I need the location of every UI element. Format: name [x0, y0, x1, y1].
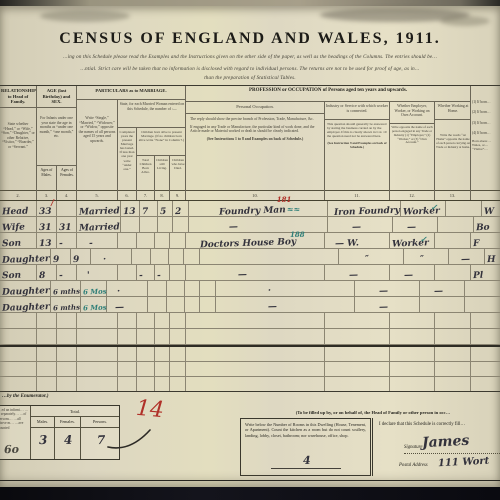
children-died-label: Children who have Died.	[170, 156, 186, 172]
children-died-cell: Children who have Died.	[170, 156, 186, 191]
children-total-cell: Total Children Born Alive.	[137, 156, 155, 191]
declaration-heading: (To be filled up by, or on behalf of, th…	[246, 410, 500, 415]
birthplace-line-4: Born elsew… Wales, or… “Visitor”…	[471, 135, 500, 151]
col-profession-title: PROFESSION or OCCUPATION of Persons aged…	[186, 86, 470, 102]
colnum: 5.	[77, 191, 118, 200]
birthplace-line-1: (2) If born…	[471, 104, 500, 114]
ink-bleed-smudge	[40, 10, 130, 22]
pen-check-stroke	[106, 427, 154, 451]
postal-address-value: 111 Wort	[436, 455, 490, 472]
table-row: Head 33/ Married 13 7 5 2 Foundry Man 18…	[0, 201, 500, 217]
instruction-line-2: …ntial. Strict care will be taken that n…	[0, 67, 500, 72]
table-row: Son 13 - - Doctors House Boy 188 — W. Wo…	[0, 233, 500, 249]
pencil-scrawl: 6o	[2, 443, 19, 458]
cell-age-male: 6 mths	[51, 303, 80, 312]
marriage-years-note: Completed years the present Marriage has…	[118, 128, 136, 173]
marriage-status-note-cell: Write “Single,” “Married,” “Widower,” or…	[77, 100, 118, 191]
colnum: 12.	[390, 191, 435, 200]
red-annotation-total: 14	[135, 396, 165, 423]
col-relationship-header: RELATIONSHIP to Head of Family. State wh…	[0, 86, 37, 191]
industry-note: This question should generally be answer…	[325, 120, 389, 140]
working-at-home-cell: Whether Working at Home. Write the words…	[435, 102, 471, 191]
col-age-title: AGE (last Birthday) and SEX.	[37, 86, 76, 108]
age-subcolumns: Ages of Males. Ages of Females.	[37, 165, 76, 191]
females-total: 4	[62, 428, 73, 452]
declaration-text: I declare that this Schedule is correctl…	[379, 422, 500, 427]
persons-total: 7	[94, 428, 105, 452]
birthplace-line-0: (1) If born…	[471, 86, 500, 104]
cell-age-male: 6 mths	[51, 287, 80, 296]
industry-cell: Industry or Service with which worker is…	[325, 102, 390, 191]
married-woman-note-cell: State, for each Married Woman entered on…	[118, 100, 186, 128]
colnum: 2.	[0, 191, 37, 200]
personal-occupation-label: Personal Occupation.	[186, 102, 324, 114]
instruction-line-3: than the preparation of Statistical Tabl…	[0, 76, 500, 81]
marriage-status-note: Write “Single,” “Married,” “Widower,” or…	[77, 100, 117, 145]
col-relationship-title: RELATIONSHIP to Head of Family.	[0, 86, 36, 108]
enumerator-code-red: 181	[277, 195, 292, 204]
cell-age-female: 6 Mos	[81, 288, 107, 297]
table-row: Son 8 - ' - - — — — Pl	[0, 265, 500, 281]
declaration-divider	[372, 418, 373, 476]
table-row-empty	[0, 377, 500, 392]
ink-scribble: ≈≈	[287, 204, 300, 214]
colnum: 7.	[137, 191, 155, 200]
col-marriage-header: PARTICULARS as to MARRIAGE. Write “Singl…	[77, 86, 186, 191]
instruction-line-1: …ing on this Schedule please read the Ex…	[0, 55, 500, 60]
col-age-females-label: Ages of Females.	[57, 166, 77, 191]
table-row-empty	[0, 362, 500, 377]
working-at-home-note: Write the words “At Home” opposite the n…	[435, 120, 471, 151]
personal-occupation-note1: The reply should show the precise branch…	[186, 114, 324, 125]
employment-label: Whether Employer, Worker, or Working on …	[390, 102, 434, 124]
col-age-note: For Infants under one year state the age…	[37, 108, 76, 141]
children-note: Children born alive to present Marriage.…	[137, 128, 186, 144]
colnum: 4.	[57, 191, 77, 200]
personal-occupation-note2: If engaged in any Trade or Manufacture, …	[186, 125, 324, 134]
cell-age-female: 6 Mos	[81, 304, 107, 313]
married-woman-note: State, for each Married Woman entered on…	[118, 100, 186, 113]
colnum: 6.	[118, 191, 137, 200]
table-row: Daughter 9 9 · ″ ″ — H	[0, 249, 500, 265]
table-row: Daughter 6 mths 6 Mos · · — — Sl	[0, 281, 500, 297]
col-marriage-title: PARTICULARS as to MARRIAGE.	[77, 86, 185, 100]
colnum: 10.	[186, 191, 325, 200]
table-row: Wife 31 31 Married — — — Bo	[0, 217, 500, 233]
marriage-years-cell: Completed years the present Marriage has…	[118, 128, 137, 191]
ink-bleed-smudge	[440, 16, 490, 26]
industry-note2: (See Instruction 9 and Examples on back …	[325, 140, 389, 152]
check-mark: ✓	[420, 234, 427, 244]
census-table: RELATIONSHIP to Head of Family. State wh…	[0, 85, 500, 391]
table-row-empty	[0, 313, 500, 329]
children-total-label: Total Children Born Alive.	[137, 156, 154, 176]
birthplace-line-2: (3) If born…	[471, 115, 500, 125]
children-note-cell: Children born alive to present Marriage.…	[137, 128, 186, 156]
table-row-empty	[0, 329, 500, 345]
census-schedule-paper: CENSUS OF ENGLAND AND WALES, 1911. …ing …	[0, 6, 500, 487]
persons-label: Persons.	[81, 417, 119, 427]
page-title: CENSUS OF ENGLAND AND WALES, 1911.	[0, 30, 500, 48]
enumerator-heading: …by the Enumerator.)	[2, 394, 49, 399]
postal-address-label: Postal Address	[399, 463, 428, 468]
col-birthplace-header: (1) If born… (2) If born… (3) If born… (…	[471, 86, 500, 191]
table-row-empty	[0, 347, 500, 362]
census-photo: CENSUS OF ENGLAND AND WALES, 1911. …ing …	[0, 0, 500, 500]
colnum: 11.	[325, 191, 390, 200]
enumerator-code-teal: 188	[290, 230, 305, 239]
signature-value: James	[420, 434, 470, 451]
red-tick: /	[51, 197, 54, 207]
colnum: 13.	[435, 191, 471, 200]
table-row: Daughter 6 mths 6 Mos — — — Clay	[0, 297, 500, 313]
check-mark: ✓	[431, 202, 438, 212]
colnum: 8.	[155, 191, 170, 200]
employment-cell: Whether Employer, Worker, or Working on …	[390, 102, 435, 191]
personal-occupation-cell: Personal Occupation. The reply should sh…	[186, 102, 325, 191]
rooms-value: 4	[301, 454, 311, 468]
colnum: 9.	[170, 191, 186, 200]
colnum: 3.	[37, 191, 57, 200]
table-header: RELATIONSHIP to Head of Family. State wh…	[0, 86, 500, 191]
children-living-cell: Children still Living.	[155, 156, 170, 191]
males-label: Males.	[31, 417, 55, 427]
personal-occupation-note3: (See Instructions 1 to 8 and Examples on…	[186, 134, 324, 144]
bottom-rule-line	[0, 480, 500, 481]
birthplace-line-3: (4) If born…	[471, 125, 500, 135]
col-age-header: AGE (last Birthday) and SEX. For Infants…	[37, 86, 77, 191]
colnum	[471, 191, 500, 200]
rooms-value-line: 4	[271, 454, 341, 469]
col-profession-header: PROFESSION or OCCUPATION of Persons aged…	[186, 86, 471, 191]
lower-section: …by the Enumerator.) …ed an infirmi… …d …	[0, 391, 500, 487]
rooms-box: Write below the Number of Rooms in this …	[240, 418, 371, 476]
col-relationship-note: State whether “Head,” or “Wife,” “Son,” …	[0, 108, 36, 151]
col-age-males-label: Ages of Males.	[37, 166, 57, 191]
photo-bottom-edge	[0, 487, 500, 500]
females-label: Females.	[55, 417, 81, 427]
working-at-home-label: Whether Working at Home.	[435, 102, 471, 120]
children-living-label: Children still Living.	[155, 156, 169, 172]
males-total: 3	[37, 428, 48, 452]
industry-label: Industry or Service with which worker is…	[325, 102, 389, 120]
rooms-note: Write below the Number of Rooms in this …	[245, 422, 366, 438]
table-body: Head 33/ Married 13 7 5 2 Foundry Man 18…	[0, 201, 500, 392]
totals-title: Total.	[31, 406, 119, 417]
column-number-row: 2. 3. 4. 5. 6. 7. 8. 9. 10. 11. 12. 13.	[0, 191, 500, 201]
employment-note: Write opposite the name of each person e…	[390, 124, 434, 147]
